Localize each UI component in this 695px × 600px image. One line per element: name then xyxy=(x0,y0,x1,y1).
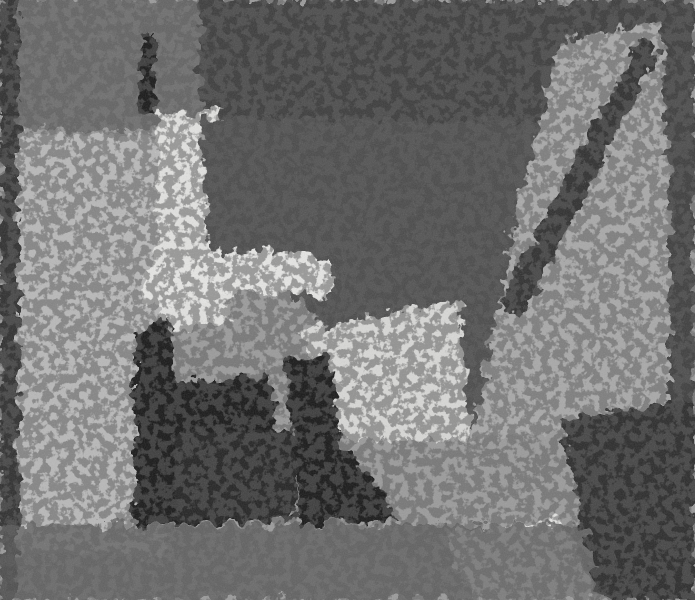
abstract-print xyxy=(0,0,695,600)
print-composition xyxy=(0,0,695,600)
